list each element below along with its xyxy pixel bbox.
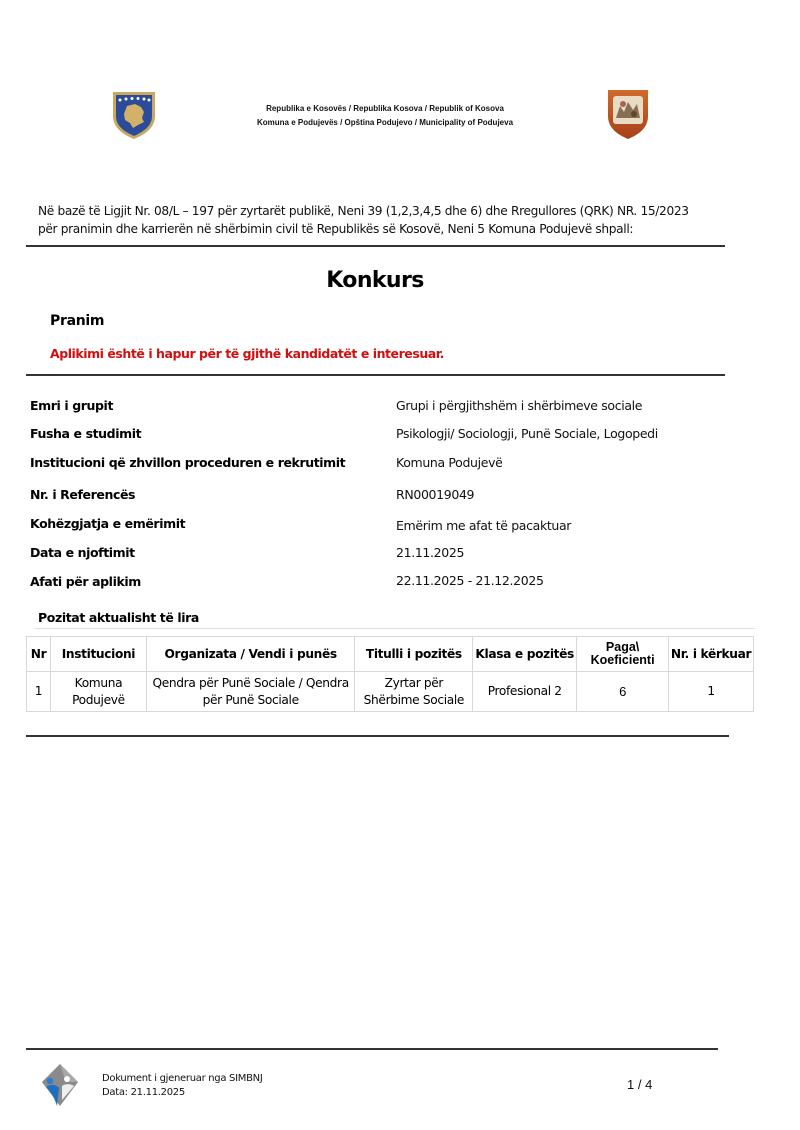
divider [26, 374, 725, 376]
legal-basis-paragraph: Në bazë të Ligjit Nr. 08/L – 197 për zyr… [38, 202, 728, 238]
page-title: Konkurs [0, 268, 750, 293]
cell-number-required: 1 [669, 672, 754, 712]
detail-label: Kohëzgjatja e emërimit [30, 516, 185, 531]
table-row: 1 Komuna Podujevë Qendra për Punë Social… [27, 672, 754, 712]
competition-type: Pranim [50, 313, 104, 329]
cell-salary-coefficient: 6 [577, 672, 669, 712]
column-header-position-class: Klasa e pozitës [473, 637, 577, 672]
cell-institution: Komuna Podujevë [50, 672, 146, 712]
detail-value: Psikologji/ Sociologji, Punë Sociale, Lo… [396, 426, 658, 441]
footer-divider [26, 1048, 718, 1050]
column-header-nr: Nr [27, 637, 51, 672]
simbnj-logo-icon [40, 1062, 80, 1108]
page-number: 1 / 4 [627, 1077, 652, 1092]
column-header-position-title: Titulli i pozitës [355, 637, 473, 672]
legal-basis-line-1: Në bazë të Ligjit Nr. 08/L – 197 për zyr… [38, 202, 728, 220]
cell-nr: 1 [27, 672, 51, 712]
detail-value: 21.11.2025 [396, 545, 464, 560]
section-underline [35, 628, 755, 629]
column-header-organization: Organizata / Vendi i punës [146, 637, 355, 672]
detail-label: Data e njoftimit [30, 545, 135, 560]
divider [26, 245, 725, 247]
divider [26, 735, 729, 737]
footer-generated-by: Dokument i gjeneruar nga SIMBNJ [102, 1072, 262, 1086]
detail-label: Nr. i Referencës [30, 487, 135, 502]
detail-label: Emri i grupit [30, 398, 113, 413]
column-header-salary-coefficient: Paga\Koeficienti [577, 637, 669, 672]
cell-position-class: Profesional 2 [473, 672, 577, 712]
podujeva-coat-of-arms-icon [606, 88, 650, 140]
footer-generated-info: Dokument i gjeneruar nga SIMBNJ Data: 21… [102, 1072, 262, 1100]
detail-label: Afati për aplikim [30, 574, 141, 589]
document-header: Republika e Kosovës / Republika Kosova /… [200, 102, 570, 130]
detail-value: RN00019049 [396, 487, 474, 502]
detail-value: 22.11.2025 - 21.12.2025 [396, 573, 544, 588]
detail-label: Institucioni që zhvillon proceduren e re… [30, 455, 345, 470]
legal-basis-line-2: për pranimin dhe karrierën në shërbimin … [38, 220, 728, 238]
positions-section-title: Pozitat aktualisht të lira [38, 610, 199, 625]
header-line-municipality: Komuna e Podujevës / Opština Podujevo / … [200, 116, 570, 130]
kosovo-coat-of-arms-icon [111, 90, 157, 140]
column-header-number-required: Nr. i kërkuar [669, 637, 754, 672]
detail-value: Komuna Podujevë [396, 455, 502, 470]
positions-table: Nr Institucioni Organizata / Vendi i pun… [26, 636, 754, 712]
footer-date: Data: 21.11.2025 [102, 1086, 262, 1100]
detail-label: Fusha e studimit [30, 426, 141, 441]
column-header-institution: Institucioni [50, 637, 146, 672]
detail-value: Grupi i përgjithshëm i shërbimeve social… [396, 398, 642, 413]
detail-value: Emërim me afat të pacaktuar [396, 518, 571, 533]
header-line-country: Republika e Kosovës / Republika Kosova /… [200, 102, 570, 116]
cell-organization: Qendra për Punë Sociale / Qendra për Pun… [146, 672, 355, 712]
table-header-row: Nr Institucioni Organizata / Vendi i pun… [27, 637, 754, 672]
cell-position-title: Zyrtar për Shërbime Sociale [355, 672, 473, 712]
eligibility-notice: Aplikimi është i hapur për të gjithë kan… [50, 346, 444, 361]
